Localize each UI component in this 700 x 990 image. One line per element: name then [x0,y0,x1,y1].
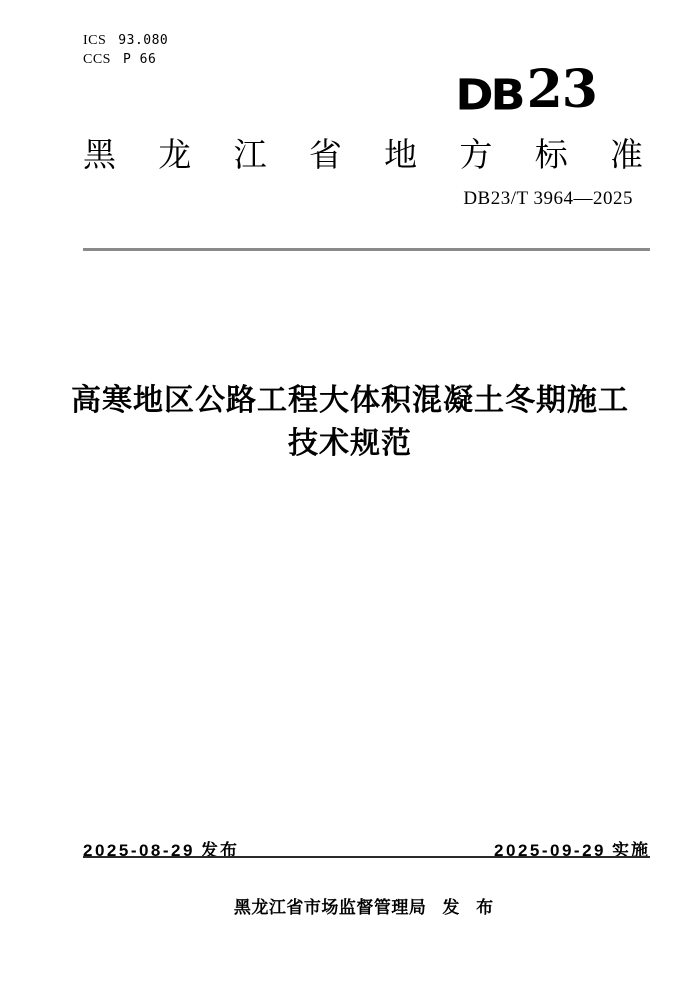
ics-value: 93.080 [118,31,168,50]
ics-label: ICS [83,31,106,50]
document-title: 高寒地区公路工程大体积混凝土冬期施工 技术规范 [60,379,640,465]
standard-name-char: 龙 [158,129,191,176]
standard-name-char: 方 [459,129,492,176]
footer-divider [83,856,650,858]
ccs-label: CCS [83,50,111,69]
publish-label: 发 布 [442,893,499,918]
publisher-row: 黑龙江省市场监督管理局 发 布 [83,893,650,918]
db23-logo-db: DB [455,74,522,116]
issue-date-value: 2025-08-29 [83,841,195,861]
standard-name-char: 地 [384,129,417,176]
header-divider [83,248,650,251]
ccs-value: P 66 [123,50,156,69]
standard-name: 黑 龙 江 省 地 方 标 准 [83,129,643,176]
standard-code: DB23/T 3964—2025 [463,188,633,210]
ics-code: ICS 93.080 [83,31,168,50]
standard-name-char: 江 [234,129,267,176]
standard-name-char: 省 [309,129,342,176]
standard-name-char: 标 [535,129,568,176]
implement-date-value: 2025-09-29 [494,841,606,861]
document-title-line1: 高寒地区公路工程大体积混凝土冬期施工 [60,379,640,422]
publisher-name: 黑龙江省市场监督管理局 [234,893,427,918]
ccs-code: CCS P 66 [83,50,168,69]
standard-name-char: 黑 [83,129,116,176]
document-title-line2: 技术规范 [60,422,640,465]
standard-cover-page: ICS 93.080 CCS P 66 DB 23 黑 龙 江 省 地 方 标 … [0,0,700,990]
classification-codes: ICS 93.080 CCS P 66 [83,31,168,69]
db23-logo: DB 23 [455,64,597,116]
db23-logo-number: 23 [527,64,597,116]
standard-name-char: 准 [610,129,643,176]
